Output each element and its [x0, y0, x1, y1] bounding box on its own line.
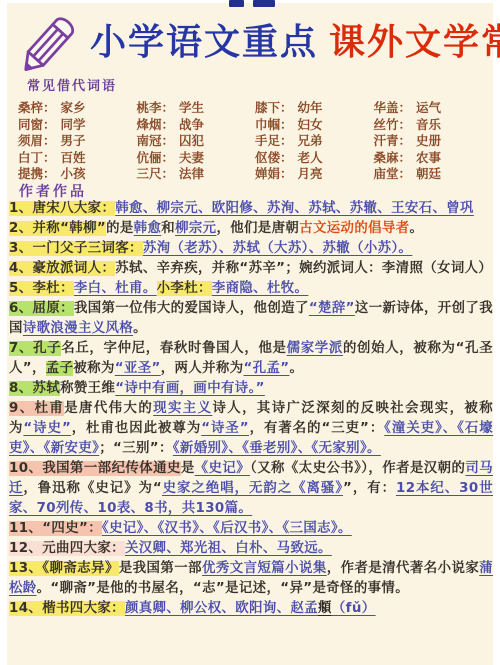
- text-segment: “亚圣”: [115, 361, 161, 376]
- text-segment: ，有著名的“三吏”：: [249, 421, 384, 436]
- text-segment: “诗中有画，画中有诗。”: [115, 381, 265, 396]
- title-part-blue: 小学语文重点: [90, 22, 318, 63]
- text-segment: 8、苏轼: [9, 381, 60, 396]
- metonymy-entry: 膝下：幼年: [255, 98, 368, 115]
- metonymy-entry: 汗青：史册: [374, 131, 487, 148]
- works-item: 7、孔子名丘，字仲尼，春秋时鲁国人，他是儒家学派的创始人，被称为“孔圣人”，孟子…: [9, 339, 493, 379]
- text-segment: 頫: [318, 601, 332, 616]
- metonymy-entry: 桃李：学生: [137, 98, 250, 115]
- metonymy-meaning: 兄弟: [298, 133, 323, 148]
- text-segment: 苏轼、辛弃疾，并称“苏辛”；婉约派词人：李清照（女词人）: [115, 261, 492, 276]
- text-segment: 5、李杜：: [9, 281, 74, 296]
- works-item: 3、一门父子三词客：苏洵（老苏）、苏轼（大苏）、苏辙（小苏）。: [9, 239, 493, 259]
- text-segment: 孟子: [46, 361, 74, 376]
- text-segment: 小李杜：: [157, 281, 212, 296]
- text-segment: 儒家学派: [287, 341, 343, 356]
- text-segment: 颜真卿、柳公权、欧阳询、赵孟: [125, 601, 318, 616]
- title-part-red: 课外文学常识: [329, 22, 500, 63]
- text-segment: ，他们是唐朝: [216, 221, 299, 236]
- text-segment: 10、我国第一部纪传体通史: [9, 461, 181, 476]
- text-segment: ，作者是清代著名小说家: [327, 561, 479, 576]
- metonymy-meaning: 妇女: [298, 117, 323, 132]
- metonymy-meaning: 百姓: [61, 150, 86, 165]
- works-item: 13、《聊斋志异》是我国第一部优秀文言短篇小说集，作者是清代著名小说家蒲松龄。“…: [9, 559, 493, 599]
- works-item: 8、苏轼称赞王维“诗中有画，画中有诗。”: [9, 379, 493, 399]
- metonymy-term: 华盖：: [374, 100, 412, 115]
- text-segment: “诗圣”: [201, 421, 249, 436]
- text-segment: 现实主义: [153, 401, 212, 416]
- text-segment: （又称《太史公书》），作者是汉朝的: [250, 461, 465, 476]
- text-segment: 《新婚别》、《垂老别》、《无家别》。: [173, 441, 381, 456]
- text-segment: 被称为: [73, 361, 114, 376]
- metonymy-term: 巾帼：: [255, 117, 293, 132]
- works-heading: 作者作品: [19, 181, 87, 201]
- metonymy-meaning: 幼年: [298, 100, 323, 115]
- metonymy-entry: 桑麻：农事: [374, 148, 487, 165]
- metonymy-term: 同窗：: [18, 117, 56, 132]
- metonymy-entry: 三尺：法律: [137, 164, 250, 181]
- metonymy-meaning: 夫妻: [179, 150, 204, 165]
- text-segment: 11、“四史”：: [9, 521, 102, 536]
- metonymy-entry: 庙堂：朝廷: [374, 164, 487, 181]
- text-segment: 我国第一位伟大的爱国诗人，他创造了: [74, 301, 309, 316]
- metonymy-term: 膝下：: [255, 100, 293, 115]
- metonymy-entry: 丝竹：音乐: [374, 115, 487, 132]
- pencil-icon: [8, 8, 88, 78]
- metonymy-term: 白丁：: [18, 150, 56, 165]
- text-segment: 关汉卿、郑光祖、白朴、马致远。: [125, 541, 332, 556]
- text-segment: 《史记》: [195, 461, 250, 476]
- text-segment: 诗歌浪漫主义风格: [23, 321, 133, 336]
- metonymy-entry: 婵娟：月亮: [255, 164, 368, 181]
- text-segment: “孔孟”: [244, 361, 290, 376]
- text-segment: 苏洵（老苏）、苏轼（大苏）、苏辙（小苏）。: [143, 241, 413, 256]
- text-segment: 。: [410, 221, 424, 236]
- text-segment: 史家之绝唱，无韵之《离骚》: [162, 481, 343, 496]
- metonymy-meaning: 老人: [298, 150, 323, 165]
- metonymy-meaning: 法律: [179, 166, 204, 181]
- metonymy-term: 手足：: [255, 133, 293, 148]
- text-segment: ，鲁迅称《史记》为“: [23, 481, 162, 496]
- metonymy-term: 伉俪：: [137, 150, 175, 165]
- metonymy-meaning: 运气: [416, 100, 441, 115]
- text-segment: 2、并称“韩柳”: [9, 221, 106, 236]
- metonymy-term: 伛偻：: [255, 150, 293, 165]
- text-segment: 的是: [106, 221, 134, 236]
- text-segment: 是唐代伟大的: [64, 401, 153, 416]
- text-segment: “楚辞”: [309, 301, 355, 316]
- metonymy-entry: 提携：小孩: [18, 164, 131, 181]
- metonymy-grid: 桑梓：家乡桃李：学生膝下：幼年华盖：运气同窗：同学烽烟：战争巾帼：妇女丝竹：音乐…: [18, 98, 486, 181]
- text-segment: 13、《聊斋志异》: [9, 561, 119, 576]
- works-item: 2、并称“韩柳”的是韩愈和柳宗元，他们是唐朝古文运动的倡导者。: [9, 219, 493, 239]
- metonymy-entry: 须眉：男子: [18, 131, 131, 148]
- metonymy-term: 桃李：: [137, 100, 175, 115]
- metonymy-term: 须眉：: [18, 133, 56, 148]
- works-item: 9、杜甫是唐代伟大的现实主义诗人，其诗广泛深刻的反映社会现实，被称为“诗史”，杜…: [9, 399, 493, 459]
- text-segment: 4、豪放派词人：: [9, 261, 115, 276]
- metonymy-term: 桑梓：: [18, 100, 56, 115]
- text-segment: 古文运动的倡导者: [299, 221, 409, 236]
- metonymy-term: 南冠：: [137, 133, 175, 148]
- metonymy-meaning: 学生: [179, 100, 204, 115]
- page-title: 小学语文重点课外文学常识: [90, 25, 500, 61]
- metonymy-meaning: 小孩: [61, 166, 86, 181]
- metonymy-term: 三尺：: [137, 166, 175, 181]
- text-segment: 。: [133, 321, 147, 336]
- works-item: 6、屈原：我国第一位伟大的爱国诗人，他创造了“楚辞”这一新诗体，开创了我国诗歌浪…: [9, 299, 493, 339]
- cropped-text-fragment: [229, 0, 244, 7]
- text-segment: 是我国第一部: [119, 561, 202, 576]
- text-segment: 12、元曲四大家：: [9, 541, 125, 556]
- text-segment: 是: [181, 461, 195, 476]
- text-segment: 名丘，字仲尼，春秋时鲁国人，他是: [61, 341, 286, 356]
- metonymy-heading: 常见借代词语: [27, 75, 117, 94]
- text-segment: 和: [161, 221, 175, 236]
- text-segment: 14、楷书四大家：: [9, 601, 125, 616]
- metonymy-meaning: 农事: [416, 150, 441, 165]
- metonymy-meaning: 史册: [416, 133, 441, 148]
- metonymy-entry: 华盖：运气: [374, 98, 487, 115]
- metonymy-term: 桑麻：: [374, 150, 412, 165]
- works-item: 4、豪放派词人：苏轼、辛弃疾，并称“苏辛”；婉约派词人：李清照（女词人）: [9, 259, 493, 279]
- metonymy-entry: 南冠：囚犯: [137, 131, 250, 148]
- metonymy-meaning: 朝廷: [416, 166, 441, 181]
- metonymy-entry: 巾帼：妇女: [255, 115, 368, 132]
- text-segment: 李白、杜甫。: [74, 281, 157, 296]
- text-segment: 3、一门父子三词客：: [9, 241, 143, 256]
- metonymy-term: 汗青：: [374, 133, 412, 148]
- text-segment: ；“三别”：: [99, 441, 173, 456]
- text-segment: 7、孔子: [9, 341, 61, 356]
- text-segment: 6、屈原：: [9, 301, 74, 316]
- works-item: 1、唐宋八大家：韩愈、柳宗元、欧阳修、苏洵、苏轼、苏辙、王安石、曾巩: [9, 199, 493, 219]
- metonymy-term: 婵娟：: [255, 166, 293, 181]
- text-segment: ，杜甫也因此被尊为: [71, 421, 201, 436]
- metonymy-term: 提携：: [18, 166, 56, 181]
- metonymy-meaning: 家乡: [61, 100, 86, 115]
- metonymy-term: 丝竹：: [374, 117, 412, 132]
- text-segment: 。: [289, 361, 303, 376]
- text-segment: 韩愈: [134, 221, 162, 236]
- metonymy-meaning: 同学: [61, 117, 86, 132]
- works-item: 5、李杜：李白、杜甫。小李杜：李商隐、杜牧。: [9, 279, 493, 299]
- study-notes-page: 小学语文重点课外文学常识 常见借代词语 桑梓：家乡桃李：学生膝下：幼年华盖：运气…: [0, 0, 500, 665]
- text-segment: 优秀文言短篇小说集: [202, 561, 327, 576]
- text-segment: ，两人并称为: [161, 361, 244, 376]
- text-segment: 《史记》、《汉书》、《后汉书》、《三国志》。: [102, 521, 352, 536]
- text-segment: 李商隐、杜牧。: [212, 281, 309, 296]
- text-segment: 韩愈、柳宗元、欧阳修、苏洵、苏轼、苏辙、王安石、曾巩: [115, 201, 474, 216]
- text-segment: 称赞王维: [60, 381, 115, 396]
- cropped-text-fragment: [253, 0, 275, 7]
- text-segment: （fǔ）: [332, 601, 376, 616]
- metonymy-entry: 伛偻：老人: [255, 148, 368, 165]
- text-segment: 。“聊斋”是他的书屋名，“志”是记述，“异”是奇怪的事情。: [37, 581, 409, 596]
- metonymy-meaning: 音乐: [416, 117, 441, 132]
- text-segment: 1、唐宋八大家：: [9, 201, 115, 216]
- metonymy-entry: 白丁：百姓: [18, 148, 131, 165]
- metonymy-meaning: 月亮: [298, 166, 323, 181]
- metonymy-term: 烽烟：: [137, 117, 175, 132]
- metonymy-entry: 伉俪：夫妻: [137, 148, 250, 165]
- text-segment: 柳宗元: [175, 221, 216, 236]
- works-list: 1、唐宋八大家：韩愈、柳宗元、欧阳修、苏洵、苏轼、苏辙、王安石、曾巩2、并称“韩…: [9, 199, 493, 619]
- works-item: 10、我国第一部纪传体通史是《史记》（又称《太史公书》），作者是汉朝的司马迁，鲁…: [9, 459, 493, 519]
- text-segment: 9、杜甫: [9, 401, 64, 416]
- text-segment: “诗史”: [23, 421, 71, 436]
- works-item: 14、楷书四大家：颜真卿、柳公权、欧阳询、赵孟頫（fǔ）: [9, 599, 493, 619]
- header: 小学语文重点课外文学常识: [8, 8, 500, 78]
- metonymy-entry: 同窗：同学: [18, 115, 131, 132]
- metonymy-entry: 烽烟：战争: [137, 115, 250, 132]
- metonymy-term: 庙堂：: [374, 166, 412, 181]
- metonymy-meaning: 战争: [179, 117, 204, 132]
- metonymy-entry: 手足：兄弟: [255, 131, 368, 148]
- works-item: 12、元曲四大家：关汉卿、郑光祖、白朴、马致远。: [9, 539, 493, 559]
- metonymy-entry: 桑梓：家乡: [18, 98, 131, 115]
- metonymy-meaning: 囚犯: [179, 133, 204, 148]
- metonymy-meaning: 男子: [61, 133, 86, 148]
- text-segment: ”，有：: [343, 481, 396, 496]
- works-item: 11、“四史”：《史记》、《汉书》、《后汉书》、《三国志》。: [9, 519, 493, 539]
